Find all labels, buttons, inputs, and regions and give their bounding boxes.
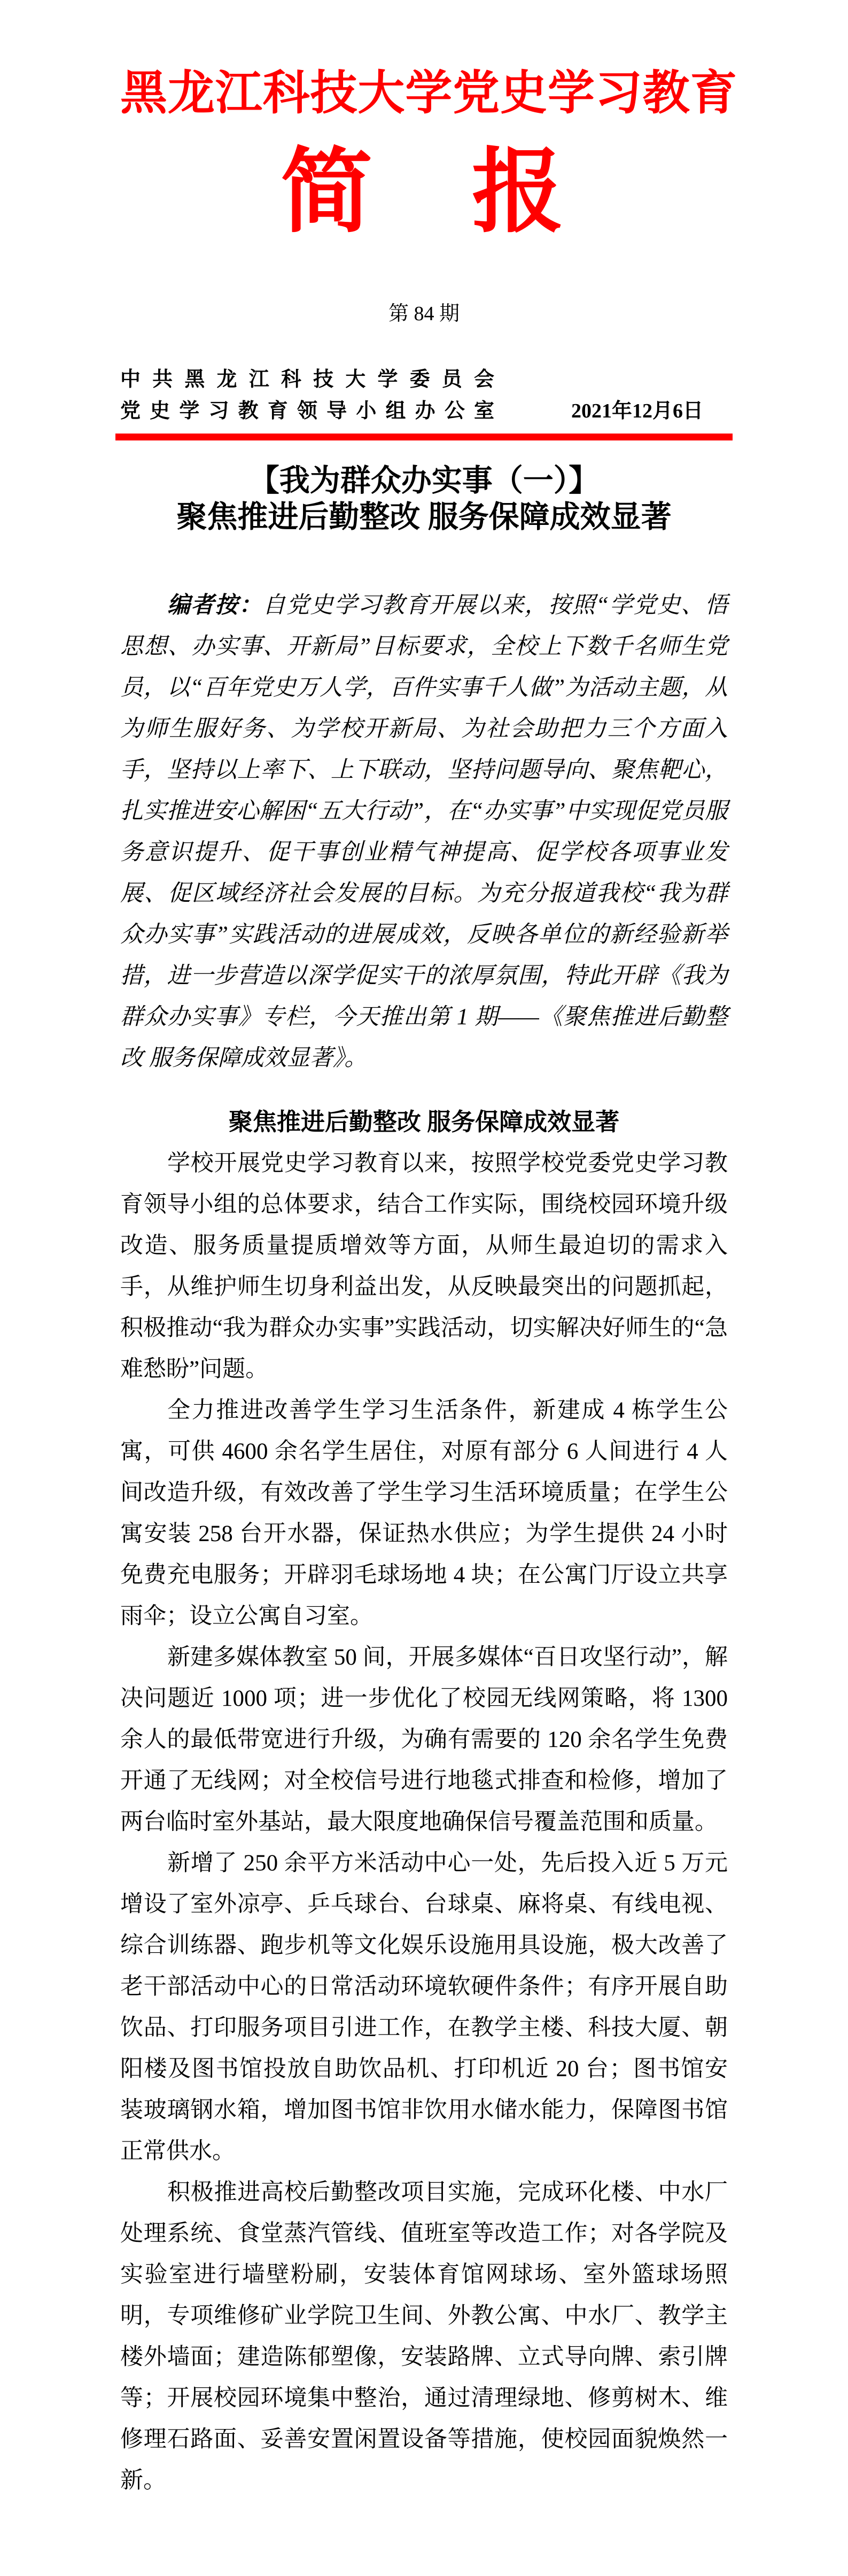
issue-date: 2021年12月6日 [571, 396, 728, 427]
masthead-org-title: 黑龙江科技大学党史学习教育 [120, 68, 728, 120]
body-paragraph: 学校开展党史学习教育以来，按照学校党委党史学习教育领导小组的总体要求，结合工作实… [120, 1143, 728, 1390]
headline-line-1: 【我为群众办实事（一）】 [120, 463, 728, 499]
body-paragraph: 积极推进高校后勤整改项目实施，完成环化楼、中水厂处理系统、食堂蒸汽管线、值班室等… [120, 2172, 728, 2501]
bulletin-title: 简 报 [120, 142, 728, 245]
issue-number: 第 84 期 [120, 303, 728, 324]
body-paragraph: 新建多媒体教室 50 间，开展多媒体“百日攻坚行动”，解决问题近 1000 项；… [120, 1637, 728, 1843]
issuer-line-2: 党史学习教育领导小组办公室 [120, 396, 494, 427]
section-title: 聚焦推进后勤整改 服务保障成效显著 [120, 1102, 728, 1143]
bulletin-page: 黑龙江科技大学党史学习教育 简 报 第 84 期 中共黑龙江科技大学委员会 党史… [0, 0, 848, 2576]
body-paragraph: 新增了 250 余平方米活动中心一处，先后投入近 5 万元增设了室外凉亭、乒乓球… [120, 1843, 728, 2172]
editor-note-text: 自党史学习教育开展以来，按照“学党史、悟思想、办实事、开新局”目标要求，全校上下… [120, 593, 728, 1071]
headline-line-2: 聚焦推进后勤整改 服务保障成效显著 [120, 499, 728, 536]
editor-note: 编者按：自党史学习教育开展以来，按照“学党史、悟思想、办实事、开新局”目标要求，… [120, 585, 728, 1079]
issuer-line-1: 中共黑龙江科技大学委员会 [120, 364, 494, 396]
issuer-row: 中共黑龙江科技大学委员会 党史学习教育领导小组办公室 2021年12月6日 [120, 364, 728, 427]
article-headline: 【我为群众办实事（一）】 聚焦推进后勤整改 服务保障成效显著 [120, 463, 728, 536]
editor-note-label: 编者按： [167, 593, 262, 618]
red-divider-rule [115, 434, 733, 440]
issuer-block: 中共黑龙江科技大学委员会 党史学习教育领导小组办公室 [120, 364, 494, 427]
body-paragraph: 全力推进改善学生学习生活条件，新建成 4 栋学生公寓，可供 4600 余名学生居… [120, 1390, 728, 1637]
